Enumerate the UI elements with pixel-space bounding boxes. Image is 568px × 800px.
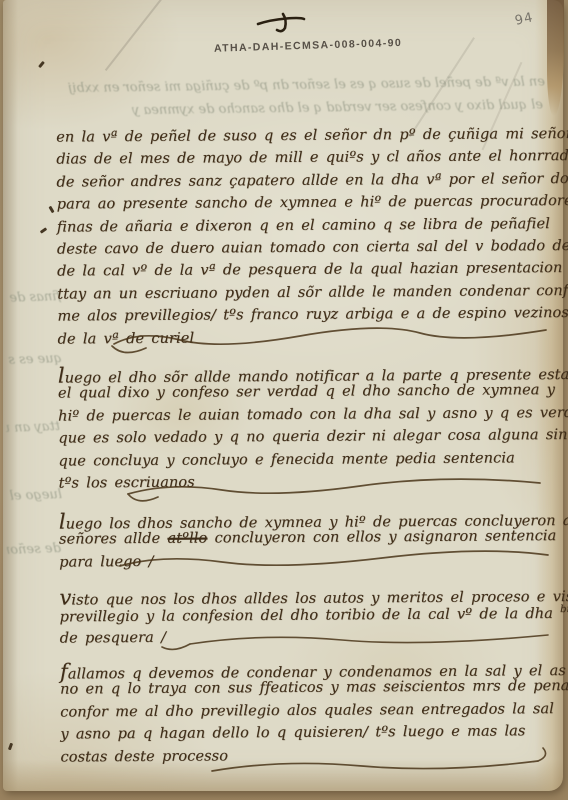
marginal-note: br [560,604,568,615]
manuscript-line: de pesquera / [60,627,556,653]
crossed-out-word: atºllo [167,531,207,547]
paragraph-1: en la vª de peñel de suso q es el señor … [56,126,554,353]
paragraph-3: luego los dhos sancho de xymnea y hiº de… [59,506,555,577]
line-segment: señores allde [59,531,168,548]
line-segment: concluyeron con ellos y asignaron senten… [207,528,556,546]
manuscript-content: ATHA-DAH-ECMSA-008-004-90 en la vª de pe… [0,0,566,793]
manuscript-line: costas deste processo [60,746,556,772]
manuscript-page: en la vª de peñel de suso q es el señor … [3,0,563,791]
archive-reference-code: ATHA-DAH-ECMSA-008-004-90 [200,36,415,55]
manuscript-line: tºs los escriuanos [59,472,555,498]
line-segment: previllegio y la confesion del dho torib… [59,606,553,625]
paragraph-5: fallamos q devemos de condenar y condena… [60,656,557,771]
paragraph-2: luego el dho sõr allde mando notificar a… [58,360,555,498]
manuscript-line: para luego / [59,551,555,577]
paragraph-4: visto que nos los dhos alldes los autos … [59,582,555,653]
manuscript-line: de la vª de curiel [58,328,554,354]
scanned-manuscript: { "page": { "archive_code": "ATHA-DAH-EC… [0,0,568,800]
